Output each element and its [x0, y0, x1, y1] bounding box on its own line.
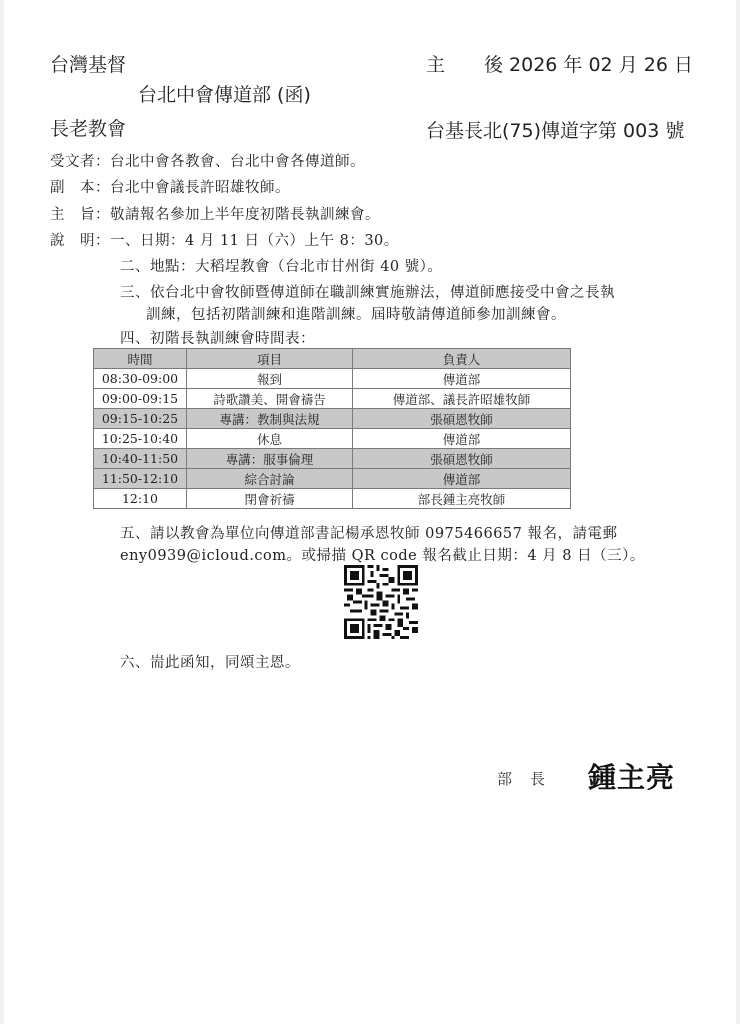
- org-name-line1: 台灣基督: [50, 50, 126, 77]
- explain-item-4: 四、初階長執訓練會時間表：: [120, 327, 315, 348]
- cell-person: 傳道部: [353, 469, 571, 489]
- signature-title: 部長: [497, 768, 563, 789]
- cell-time: 10:25-10:40: [94, 429, 187, 449]
- explain-item-3-line1: 三、依台北中會牧師暨傳道師在職訓練實施辦法，傳道師應接受中會之長執: [120, 281, 615, 302]
- cell-time: 09:00-09:15: [94, 389, 187, 409]
- subject: 敬請報名參加上半年度初階長執訓練會。: [110, 207, 380, 223]
- explain-item-2: 二、地點：大稻埕教會（台北市甘州街 40 號）。: [120, 255, 442, 276]
- subject-line: 主 旨：敬請報名參加上半年度初階長執訓練會。: [50, 203, 380, 224]
- cell-person: 傳道部: [353, 369, 571, 389]
- explain-item-1: 一、日期：4 月 11 日（六）上午 8：30。: [110, 233, 399, 249]
- cc: 台北中會議長許昭雄牧師。: [110, 180, 290, 196]
- header-person: 負責人: [353, 349, 571, 369]
- cell-time: 10:40-11:50: [94, 449, 187, 469]
- cell-time: 12:10: [94, 489, 187, 509]
- cell-item: 詩歌讚美、開會禱告: [187, 389, 353, 409]
- table-row: 10:25-10:40 休息 傳道部: [94, 429, 571, 449]
- recipients: 台北中會各教會、台北中會各傳道師。: [110, 154, 365, 170]
- schedule-table: 時間 項目 負責人 08:30-09:00 報到 傳道部 09:00-09:15…: [93, 348, 571, 509]
- registration-line1: 五、請以教會為單位向傳道部書記楊承恩牧師 0975466657 報名，請電郵: [120, 522, 617, 543]
- cell-time: 09:15-10:25: [94, 409, 187, 429]
- cell-item: 報到: [187, 369, 353, 389]
- cell-item: 閉會祈禱: [187, 489, 353, 509]
- recipients-line: 受文者：台北中會各教會、台北中會各傳道師。: [50, 150, 365, 171]
- explain-label: 說 明：: [50, 233, 110, 249]
- cell-person: 部長鍾主亮牧師: [353, 489, 571, 509]
- cell-time: 11:50-12:10: [94, 469, 187, 489]
- cell-time: 08:30-09:00: [94, 369, 187, 389]
- explain-item-3-line2: 訓練，包括初階訓練和進階訓練。屆時敬請傳道師參加訓練會。: [146, 303, 566, 324]
- subject-label: 主 旨：: [50, 207, 110, 223]
- org-name-line2: 長老教會: [50, 114, 126, 141]
- cell-item: 專講：教制與法規: [187, 409, 353, 429]
- cell-item: 休息: [187, 429, 353, 449]
- cc-label: 副 本：: [50, 180, 110, 196]
- table-row: 12:10 閉會祈禱 部長鍾主亮牧師: [94, 489, 571, 509]
- cell-item: 專講：服事倫理: [187, 449, 353, 469]
- cell-person: 傳道部: [353, 429, 571, 449]
- table-row: 11:50-12:10 綜合討論 傳道部: [94, 469, 571, 489]
- registration-line2: eny0939@icloud.com。或掃描 QR code 報名截止日期：4 …: [120, 544, 645, 565]
- document-number: 台基長北(75)傳道字第 003 號: [426, 116, 684, 143]
- recipients-label: 受文者：: [50, 154, 110, 170]
- table-row: 10:40-11:50 專講：服事倫理 張碩恩牧師: [94, 449, 571, 469]
- explain-line: 說 明：一、日期：4 月 11 日（六）上午 8：30。: [50, 229, 399, 250]
- table-header-row: 時間 項目 負責人: [94, 349, 571, 369]
- cc-line: 副 本：台北中會議長許昭雄牧師。: [50, 176, 290, 197]
- header-time: 時間: [94, 349, 187, 369]
- dept-title: 台北中會傳道部 (函): [138, 80, 311, 107]
- table-row: 08:30-09:00 報到 傳道部: [94, 369, 571, 389]
- qr-code-icon[interactable]: [344, 565, 418, 639]
- cell-person: 張碩恩牧師: [353, 449, 571, 469]
- signature-name: 鍾主亮: [588, 756, 675, 796]
- header-item: 項目: [187, 349, 353, 369]
- closing-line: 六、耑此函知，同頌主恩。: [120, 651, 300, 672]
- cell-person: 張碩恩牧師: [353, 409, 571, 429]
- page-edge-left: [0, 0, 4, 1024]
- cell-person: 傳道部、議長許昭雄牧師: [353, 389, 571, 409]
- table-row: 09:00-09:15 詩歌讚美、開會禱告 傳道部、議長許昭雄牧師: [94, 389, 571, 409]
- page-edge-right: [736, 0, 740, 1024]
- date-label: 主: [426, 50, 445, 77]
- table-row: 09:15-10:25 專講：教制與法規 張碩恩牧師: [94, 409, 571, 429]
- cell-item: 綜合討論: [187, 469, 353, 489]
- issue-date: 後 2026 年 02 月 26 日: [484, 50, 693, 77]
